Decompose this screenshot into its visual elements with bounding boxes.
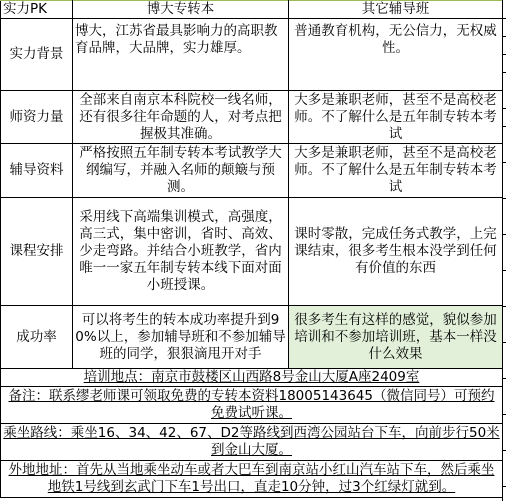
row-tick (502, 36, 506, 37)
row-label-background: 实力背景 (1, 19, 73, 91)
row-tick (502, 378, 506, 379)
row-tick (502, 72, 506, 73)
header-boda: 博大专转本 (73, 1, 289, 19)
boda-success: 可以将考生的转本成功率提升到90%以上，参加辅导班和不参加辅导班的同学，狠狠滴甩… (73, 306, 289, 369)
row-tick (502, 54, 506, 55)
row-tick (502, 270, 506, 271)
row-tick (502, 486, 506, 487)
other-background: 普通教育机构，无公信力，无权威性。 (289, 19, 503, 91)
other-teachers: 大多是兼职老师，甚至不是高校老师。不了解什么是五年制专转本考试 (289, 91, 503, 144)
boda-schedule: 采用线下高端集训模式，高强度，高三式，集中密训，省时、高效、少走弯路。并结合小班… (73, 198, 289, 306)
row-tick (502, 108, 506, 109)
next-column-edge (502, 0, 506, 501)
row-tick (502, 126, 506, 127)
footer-row-out-of-town: 外地地址：首先从当地乘坐动车或者大巴车到南京站小红山汽车站下车，然后乘坐地铁1号… (1, 461, 503, 498)
table-row: 课程安排 采用线下高端集训模式，高强度，高三式，集中密训，省时、高效、少走弯路。… (1, 198, 503, 306)
comparison-table: 实力PK 博大专转本 其它辅导班 实力背景 博大，江苏省最具影响力的高职教育品牌… (0, 0, 503, 498)
header-other: 其它辅导班 (289, 1, 503, 19)
out-of-town-directions: 外地地址：首先从当地乘坐动车或者大巴车到南京站小红山汽车站下车，然后乘坐地铁1号… (1, 461, 503, 498)
footer-row-location: 培训地点：南京市鼓楼区山西路8号金山大厦A座2409室 (1, 369, 503, 387)
comparison-sheet: 实力PK 博大专转本 其它辅导班 实力背景 博大，江苏省最具影响力的高职教育品牌… (0, 0, 506, 501)
row-tick (502, 234, 506, 235)
footer-row-note: 备注：联系缪老师课可领取免费的专转本资料18005143645（微信同号）可预约… (1, 387, 503, 424)
boda-materials: 严格按照五年制专转本考试教学大纲编写，并融入名师的颠簸与预测。 (73, 144, 289, 198)
header-pk: 实力PK (1, 1, 73, 19)
row-tick (502, 198, 506, 199)
header-row: 实力PK 博大专转本 其它辅导班 (1, 1, 503, 19)
boda-teachers: 全部来自南京本科院校一线名师，还有很多往年命题的人，对考点把握极其准确。 (73, 91, 289, 144)
row-tick (502, 342, 506, 343)
row-label-materials: 辅导资料 (1, 144, 73, 198)
footer-row-route: 乘坐路线：乘坐16、34、42、67、D2等路线到西湾公园站台下车，向前步行50… (1, 424, 503, 461)
bus-route: 乘坐路线：乘坐16、34、42、67、D2等路线到西湾公园站台下车，向前步行50… (1, 424, 503, 461)
table-row: 成功率 可以将考生的转本成功率提升到90%以上，参加辅导班和不参加辅导班的同学，… (1, 306, 503, 369)
other-materials: 大多是兼职老师，甚至不是高校老师。不了解什么是五年制专转本考试 (289, 144, 503, 198)
table-row: 实力背景 博大，江苏省最具影响力的高职教育品牌，大品牌，实力雄厚。 普通教育机构… (1, 19, 503, 91)
boda-background: 博大，江苏省最具影响力的高职教育品牌，大品牌，实力雄厚。 (73, 19, 289, 91)
row-tick (502, 306, 506, 307)
other-schedule: 课时零散，完成任务式教学，上完课结束，很多考生根本没学到任何有价值的东西 (289, 198, 503, 306)
row-tick (502, 414, 506, 415)
table-row: 师资力量 全部来自南京本科院校一线名师，还有很多往年命题的人，对考点把握极其准确… (1, 91, 503, 144)
row-tick (502, 450, 506, 451)
row-label-schedule: 课程安排 (1, 198, 73, 306)
training-location: 培训地点：南京市鼓楼区山西路8号金山大厦A座2409室 (1, 369, 503, 387)
column-divider (502, 0, 503, 501)
other-success: 很多考生有这样的感觉，貌似参加培训和不参加培训班，基本一样没什么效果 (289, 306, 503, 369)
row-tick (502, 18, 506, 19)
row-tick (502, 162, 506, 163)
row-label-teachers: 师资力量 (1, 91, 73, 144)
table-row: 辅导资料 严格按照五年制专转本考试教学大纲编写，并融入名师的颠簸与预测。 大多是… (1, 144, 503, 198)
contact-note: 备注：联系缪老师课可领取免费的专转本资料18005143645（微信同号）可预约… (1, 387, 503, 424)
row-label-success: 成功率 (1, 306, 73, 369)
